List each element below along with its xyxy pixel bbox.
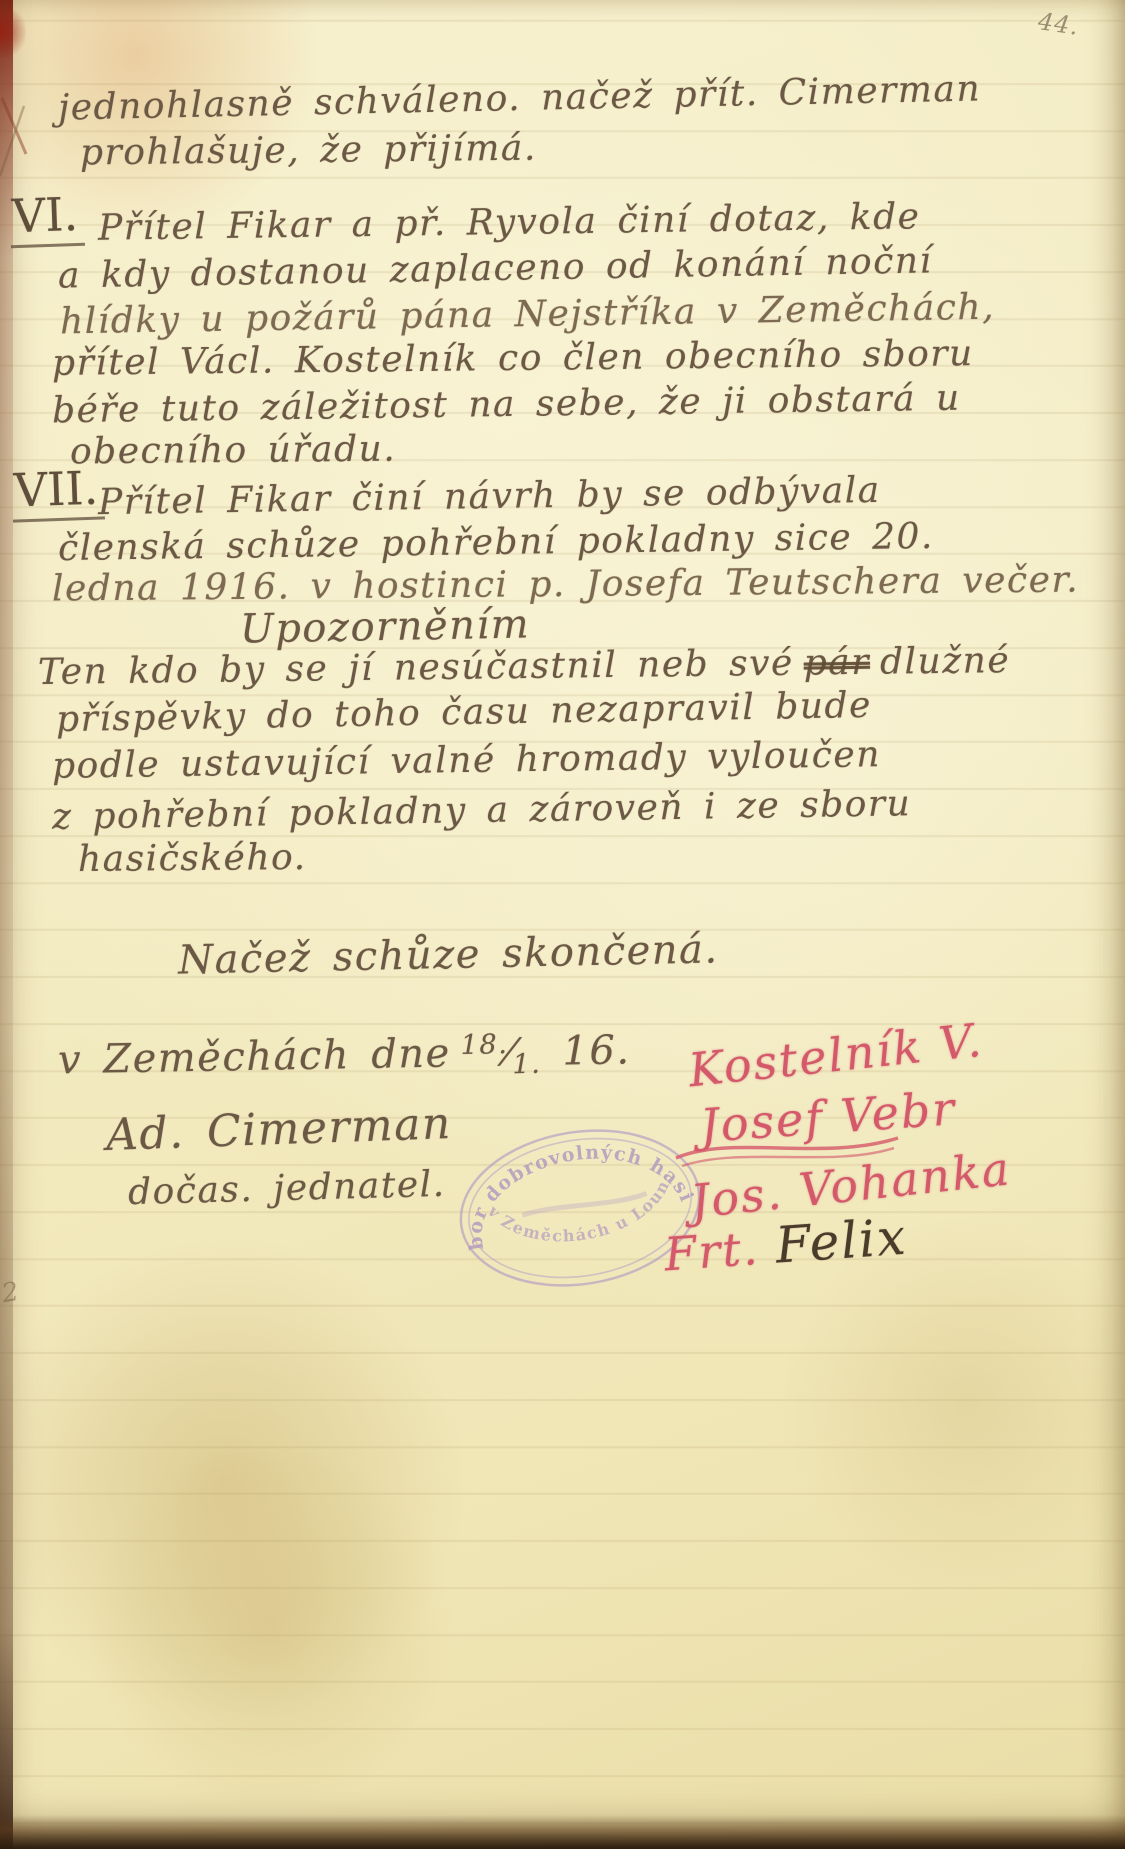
secretary-signature: Ad. Cimerman: [105, 1098, 452, 1161]
manuscript-page: 44. jednohlasně schváleno. načež přít. C…: [0, 0, 1125, 1849]
book-spine-edge: [0, 0, 13, 1849]
handwritten-line: a kdy dostanou zaplaceno od konání noční: [58, 240, 933, 296]
handwritten-line: příspěvky do toho času nezapravil bude: [56, 685, 872, 740]
handwritten-line: přítel Václ. Kostelník co člen obecního …: [52, 333, 974, 384]
warning-heading: Upozorněním: [240, 601, 531, 652]
page-number: 44.: [1036, 7, 1081, 40]
secretary-title: dočas. jednatel.: [128, 1164, 447, 1213]
date-day: 18.: [460, 1029, 508, 1061]
closing-line: Načež schůze skončená.: [178, 926, 719, 983]
spine-ink-blot: [0, 6, 26, 58]
dateline: v Zeměchách dne18.⁄1. 16.: [58, 1027, 631, 1088]
handwritten-line: ledna 1916. v hostinci p. Josefa Teutsch…: [52, 560, 1079, 610]
handwritten-line: jednohlasně schváleno. načež přít. Cimer…: [58, 68, 982, 128]
crossed-out-word: pár: [803, 642, 870, 684]
handwritten-line: Přítel Fikar a př. Ryvola činí dotaz, kd…: [98, 196, 921, 248]
date-year: 16.: [562, 1027, 631, 1074]
handwritten-line: béře tuto záležitost na sebe, že ji obst…: [52, 378, 961, 432]
handwritten-line: Přítel Fikar činí návrh by se odbývala: [98, 470, 881, 523]
mixed-signature-ink: Felix: [774, 1208, 909, 1275]
page-bottom-edge: [0, 1815, 1125, 1849]
mixed-signature-red: Frt.: [662, 1221, 761, 1281]
handwritten-line: prohlašuje, že přijímá.: [80, 128, 537, 174]
handwritten-line: z pohřební pokladny a zároveň i ze sboru: [52, 783, 912, 837]
date-fraction: 18.⁄1.: [460, 1029, 541, 1082]
dateline-place: v Zeměchách dne: [58, 1030, 452, 1083]
margin-pencil-number: 2: [0, 1277, 21, 1309]
handwritten-line: obecního úřadu.: [70, 429, 397, 473]
section-marker-vi: VI.: [9, 187, 85, 249]
section-marker-vii: VII.: [11, 460, 105, 522]
handwritten-line: hasičského.: [78, 837, 307, 880]
margin-pencil-marks: [0, 96, 36, 182]
handwritten-line: podle ustavující valné hromady vyloučen: [52, 734, 881, 787]
date-month: 1.: [512, 1049, 541, 1081]
warning-text-post: dlužné: [880, 640, 1011, 683]
warning-text-pre: Ten kdo by se jí nesúčastnil neb své: [38, 643, 794, 693]
